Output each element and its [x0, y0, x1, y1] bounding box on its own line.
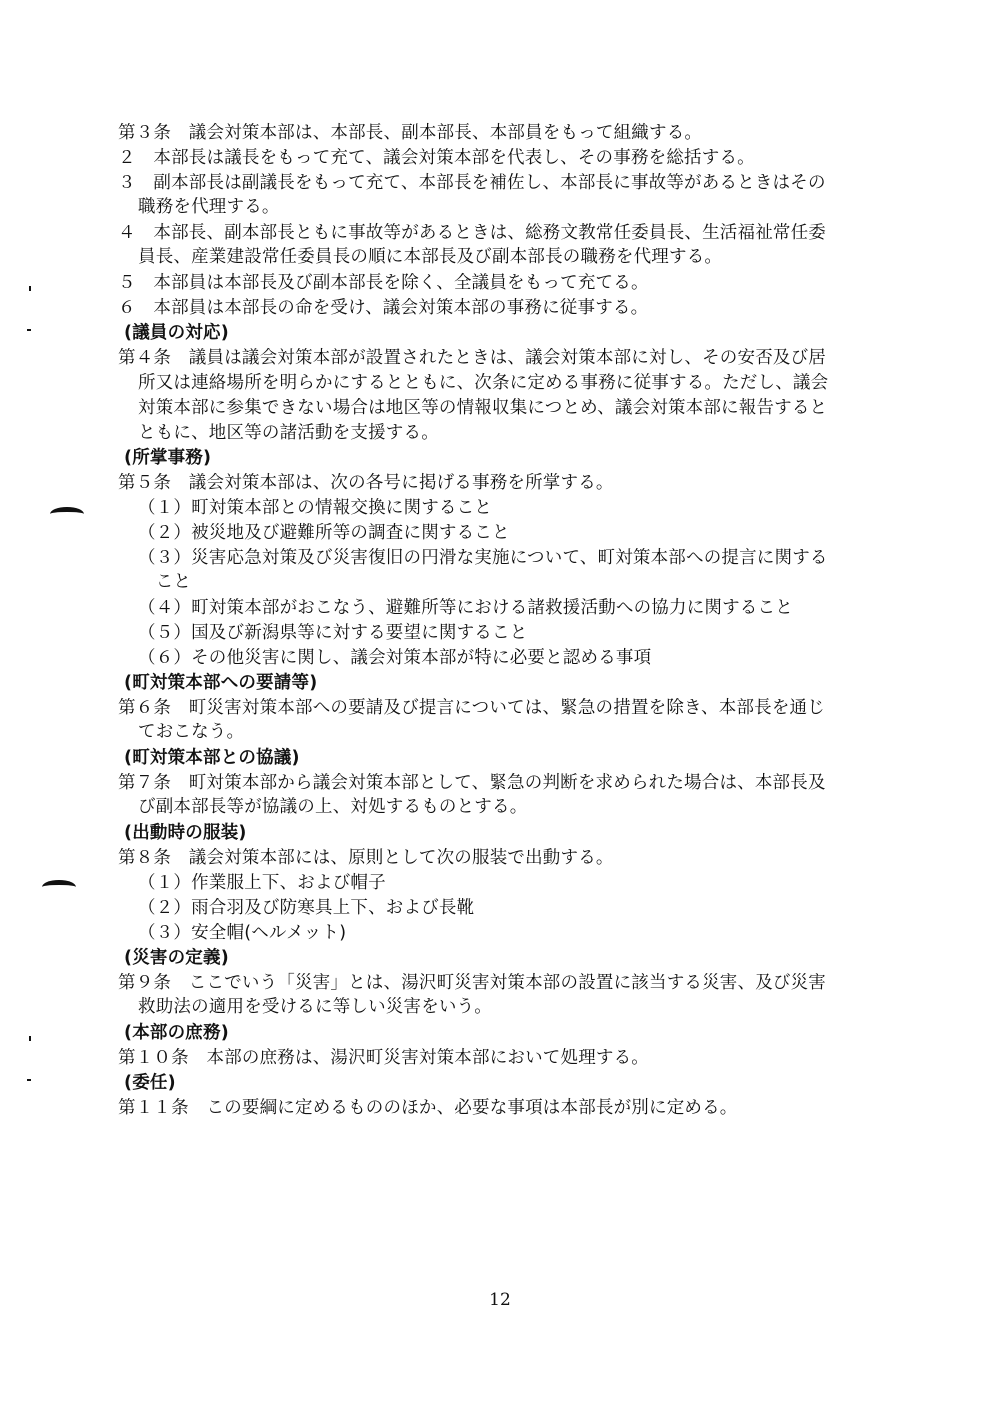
- text-line: （１）作業服上下、および帽子: [138, 871, 386, 895]
- text-line: 第４条 議員は議会対策本部が設置されたときは、議会対策本部に対し、その安否及び居: [118, 346, 826, 370]
- text-line: ともに、地区等の諸活動を支援する。: [138, 421, 439, 445]
- binding-hole-mark-icon: [42, 880, 76, 894]
- text-line: 第８条 議会対策本部には、原則として次の服装で出動する。: [118, 846, 614, 870]
- text-line: こと: [138, 570, 191, 594]
- article-heading: (委任): [124, 1071, 176, 1095]
- text-line: 員長、産業建設常任委員長の順に本部長及び副本部長の職務を代理する。: [138, 245, 722, 269]
- article-heading: (災害の定義): [124, 946, 229, 970]
- text-line: （１）町対策本部との情報交換に関すること: [138, 496, 492, 520]
- text-line: 救助法の適用を受けるに等しい災害をいう。: [138, 995, 492, 1019]
- document-page: 12 第３条 議会対策本部は、本部長、副本部長、本部員をもって組織する。２ 本部…: [0, 0, 1000, 1419]
- text-line: （２）被災地及び避難所等の調査に関すること: [138, 521, 510, 545]
- text-line: ておこなう。: [138, 720, 244, 744]
- scan-speck-icon: [29, 286, 31, 291]
- text-line: 第７条 町対策本部から議会対策本部として、緊急の判断を求められた場合は、本部長及: [118, 771, 826, 795]
- text-line: （２）雨合羽及び防寒具上下、および長靴: [138, 896, 474, 920]
- page-number: 12: [0, 1290, 1000, 1310]
- scan-speck-icon: [27, 329, 31, 331]
- text-line: ５ 本部員は本部長及び副本部長を除く、全議員をもって充てる。: [118, 271, 649, 295]
- text-line: 第１０条 本部の庶務は、湯沢町災害対策本部において処理する。: [118, 1046, 649, 1070]
- text-line: ６ 本部員は本部長の命を受け、議会対策本部の事務に従事する。: [118, 296, 648, 320]
- text-line: （５）国及び新潟県等に対する要望に関すること: [138, 621, 527, 645]
- article-heading: (所掌事務): [124, 446, 211, 470]
- text-line: ２ 本部長は議長をもって充て、議会対策本部を代表し、その事務を総括する。: [118, 146, 755, 170]
- text-line: ４ 本部長、副本部長ともに事故等があるときは、総務文教常任委員長、生活福祉常任委: [118, 221, 826, 245]
- article-heading: (町対策本部との協議): [124, 746, 300, 770]
- article-heading: (議員の対応): [124, 321, 229, 345]
- text-line: （６）その他災害に関し、議会対策本部が特に必要と認める事項: [138, 646, 651, 670]
- article-heading: (本部の庶務): [124, 1021, 229, 1045]
- scan-speck-icon: [27, 1079, 31, 1081]
- article-heading: (出動時の服装): [124, 821, 247, 845]
- text-line: 第６条 町災害対策本部への要請及び提言については、緊急の措置を除き、本部長を通じ: [118, 696, 825, 720]
- text-line: 対策本部に参集できない場合は地区等の情報収集につとめ、議会対策本部に報告すると: [138, 396, 827, 420]
- text-line: 第１１条 この要綱に定めるもののほか、必要な事項は本部長が別に定める。: [118, 1096, 738, 1120]
- text-line: 所又は連絡場所を明らかにするとともに、次条に定める事務に従事する。ただし、議会: [138, 371, 828, 395]
- binding-hole-mark-icon: [50, 507, 84, 521]
- text-line: （３）災害応急対策及び災害復旧の円滑な実施について、町対策本部への提言に関する: [138, 546, 828, 570]
- text-line: 職務を代理する。: [138, 195, 280, 219]
- text-line: 第９条 ここでいう「災害」とは、湯沢町災害対策本部の設置に該当する災害、及び災害: [118, 971, 826, 995]
- text-line: （４）町対策本部がおこなう、避難所等における諸救援活動への協力に関すること: [138, 596, 793, 620]
- text-line: 第３条 議会対策本部は、本部長、副本部長、本部員をもって組織する。: [118, 121, 702, 145]
- text-line: ３ 副本部長は副議長をもって充て、本部長を補佐し、本部長に事故等があるときはその: [118, 171, 826, 195]
- text-line: （３）安全帽(ヘルメット): [138, 921, 346, 945]
- text-line: び副本部長等が協議の上、対処するものとする。: [138, 795, 527, 819]
- article-heading: (町対策本部への要請等): [124, 671, 317, 695]
- text-line: 第５条 議会対策本部は、次の各号に掲げる事務を所掌する。: [118, 471, 614, 495]
- scan-speck-icon: [29, 1036, 31, 1041]
